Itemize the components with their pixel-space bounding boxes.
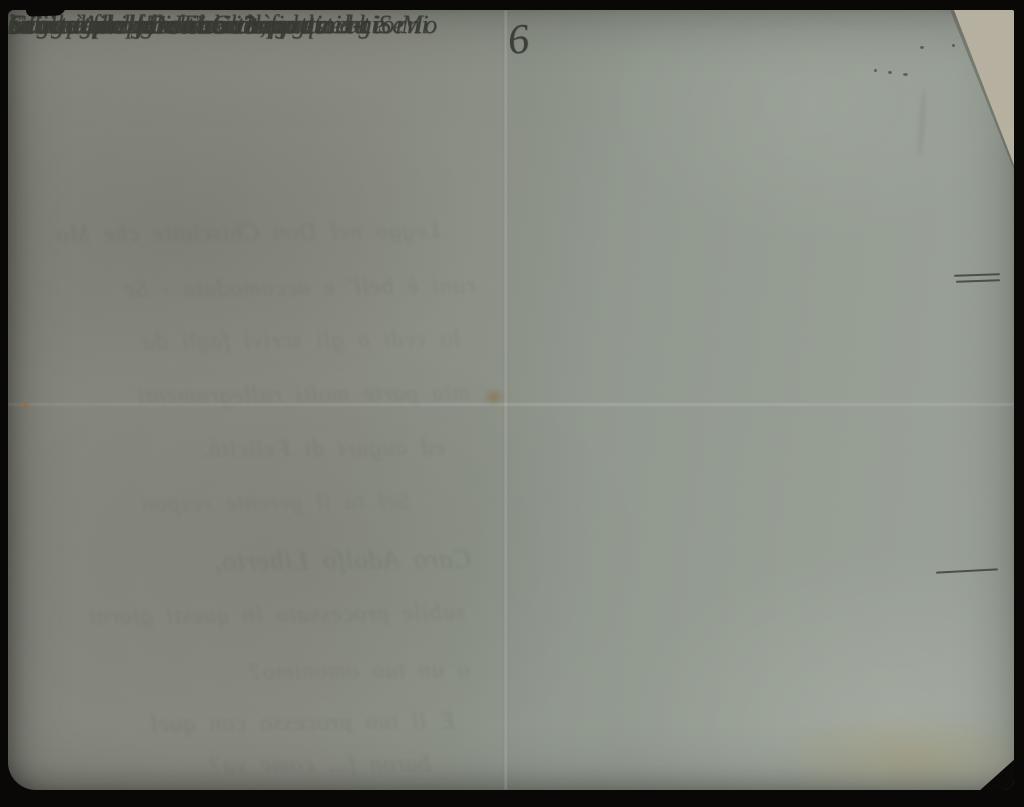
double-underline-mark xyxy=(956,279,1000,283)
ghost-text-line: sabile processato in questi giorni xyxy=(88,600,465,631)
bleed-through-layer: Leggo nel Don Chisciotte che Mo rani è b… xyxy=(8,10,500,790)
fold-stain xyxy=(482,388,506,406)
ghost-text-line: rani è bell' e accomodato - Se xyxy=(122,273,475,304)
underline-mark xyxy=(936,568,998,573)
double-underline-mark xyxy=(954,273,1000,277)
ink-smudge xyxy=(918,88,927,158)
bottom-stain xyxy=(768,710,1014,790)
ink-speck xyxy=(920,46,924,49)
letter-page: Leggo nel Don Chisciotte che Mo rani è b… xyxy=(8,10,1014,790)
ink-speck xyxy=(952,44,955,47)
ghost-text-line: E il tuo processo con quel xyxy=(150,708,455,738)
ghost-text-line: lo vedi o gli scrivi fagli da xyxy=(142,326,461,356)
rust-spot xyxy=(21,401,30,409)
ghost-text-line: ed auguri di Felicità. xyxy=(201,435,445,465)
ghost-text-line: baron f... come va? xyxy=(208,751,430,780)
folded-corner xyxy=(954,10,1014,165)
ink-speck xyxy=(874,69,877,72)
ghost-text-line: Caro Adolfo Liberto, xyxy=(214,544,472,578)
page-number: 6 xyxy=(506,15,532,65)
ink-speck xyxy=(903,73,908,76)
scan-background: { "page": { "kind": "scanned handwritten… xyxy=(0,0,1024,807)
ink-speck xyxy=(888,71,892,74)
ghost-text-line: Sei tu il gerente respon xyxy=(141,489,410,519)
ghost-text-line: mia parte molti rallegramenti xyxy=(137,380,470,410)
ghost-text-line: Leggo nel Don Chisciotte che Mo xyxy=(56,218,441,249)
horizontal-fold-crease xyxy=(8,403,1014,406)
ghost-text-line: o un tuo omonimo? xyxy=(249,657,470,686)
